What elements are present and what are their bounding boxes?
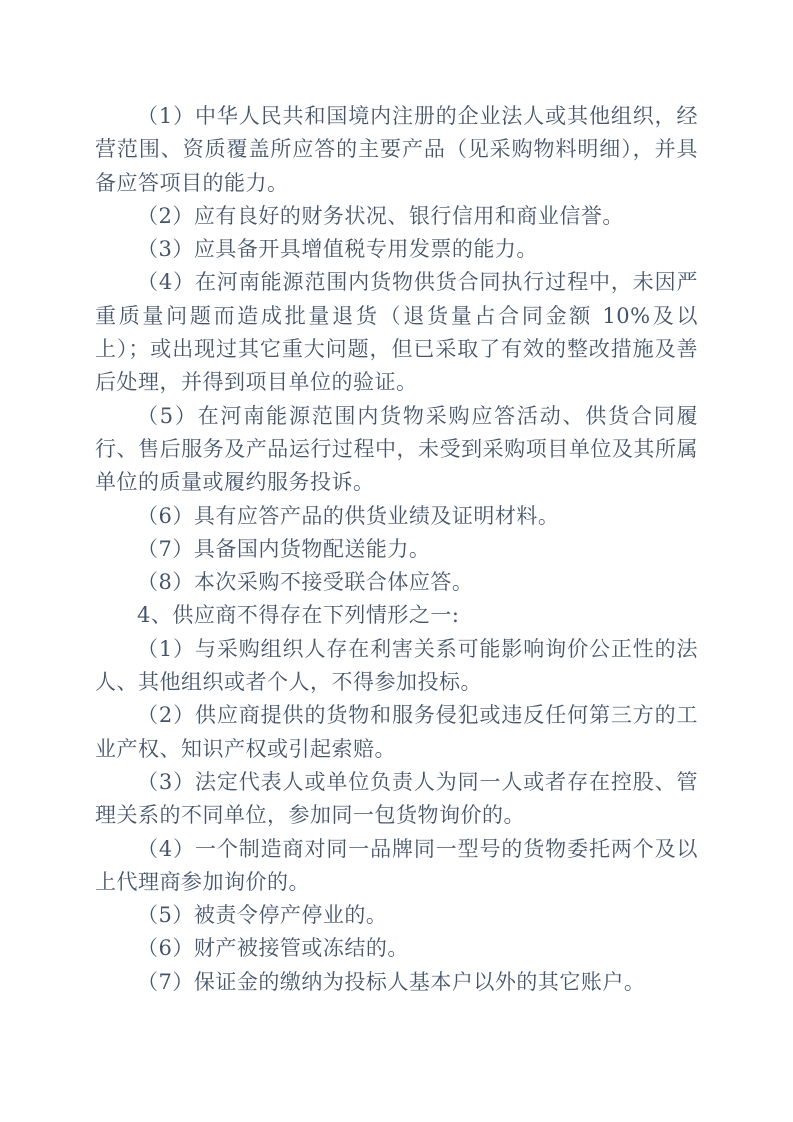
paragraph: （7）保证金的缴纳为投标人基本户以外的其它账户。 — [95, 966, 698, 999]
paragraph: （5）被责令停产停业的。 — [95, 899, 698, 932]
paragraph: （3）法定代表人或单位负责人为同一人或者存在控股、管理关系的不同单位，参加同一包… — [95, 766, 698, 833]
paragraph: 4、供应商不得存在下列情形之一: — [95, 599, 698, 632]
document-page: （1）中华人民共和国境内注册的企业法人或其他组织，经营范围、资质覆盖所应答的主要… — [0, 0, 793, 1122]
paragraph: （6）财产被接管或冻结的。 — [95, 932, 698, 965]
paragraph: （8）本次采购不接受联合体应答。 — [95, 566, 698, 599]
document-text-block: （1）中华人民共和国境内注册的企业法人或其他组织，经营范围、资质覆盖所应答的主要… — [95, 100, 698, 999]
paragraph: （4）一个制造商对同一品牌同一型号的货物委托两个及以上代理商参加询价的。 — [95, 833, 698, 900]
paragraph: （1）与采购组织人存在利害关系可能影响询价公正性的法人、其他组织或者个人，不得参… — [95, 633, 698, 700]
paragraph: （7）具备国内货物配送能力。 — [95, 533, 698, 566]
paragraph: （3）应具备开具增值税专用发票的能力。 — [95, 233, 698, 266]
paragraph: （6）具有应答产品的供货业绩及证明材料。 — [95, 500, 698, 533]
paragraph: （5）在河南能源范围内货物采购应答活动、供货合同履行、售后服务及产品运行过程中，… — [95, 400, 698, 500]
paragraph: （4）在河南能源范围内货物供货合同执行过程中，未因严重质量问题而造成批量退货（退… — [95, 266, 698, 399]
paragraph: （2）应有良好的财务状况、银行信用和商业信誉。 — [95, 200, 698, 233]
paragraph: （2）供应商提供的货物和服务侵犯或违反任何第三方的工业产权、知识产权或引起索赔。 — [95, 699, 698, 766]
paragraph: （1）中华人民共和国境内注册的企业法人或其他组织，经营范围、资质覆盖所应答的主要… — [95, 100, 698, 200]
